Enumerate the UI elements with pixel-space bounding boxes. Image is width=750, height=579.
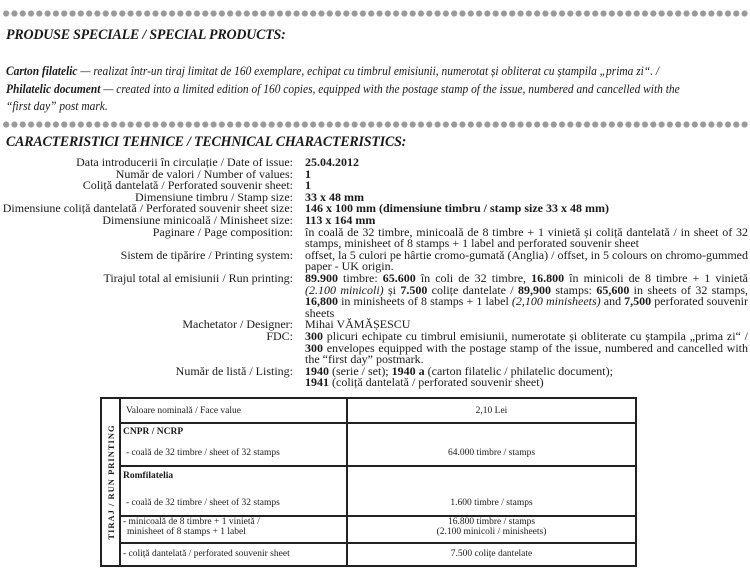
document-title: Philatelic document (6, 81, 100, 96)
technical-specs: Data introducerii în circulație / Date o… (0, 157, 750, 389)
face-value: 2,10 Lei (348, 406, 635, 416)
technical-heading: CARACTERISTICI TEHNICE / TECHNICAL CHARA… (6, 134, 406, 151)
minisheet-label: - minicoală de 8 timbre + 1 vinietă / mi… (123, 517, 338, 537)
spec-row-run-printing: Tirajul total al emisiunii / Run printin… (0, 273, 750, 319)
spec-row-fdc: FDC: 300 plicuri echipate cu timbrul emi… (0, 331, 750, 366)
minisheet-value: 16.800 timbre / stamps (2.100 minicoli /… (348, 517, 635, 537)
dotted-divider (2, 121, 748, 128)
cnpr-sheet-value: 64.000 timbre / stamps (348, 448, 635, 458)
side-label: TIRAJ / RUN PRINTING (106, 424, 116, 539)
rom-sheet-value: 1.600 timbre / stamps (348, 498, 635, 508)
souvenir-value: 7.500 colițe dantelate (348, 549, 635, 559)
dotted-divider (2, 10, 748, 17)
carton-title: Carton filatelic (6, 63, 78, 78)
special-products-heading: PRODUSE SPECIALE / SPECIAL PRODUCTS: (6, 27, 286, 44)
spec-row: Sistem de tipărire / Printing system:off… (0, 250, 750, 273)
spec-row-listing: Număr de listă / Listing: 1940 (serie / … (0, 366, 750, 389)
cnpr-sheet-label: - coală de 32 timbre / sheet of 32 stamp… (126, 448, 341, 458)
cnpr-title: CNPR / NCRP (123, 427, 338, 437)
souvenir-label: - coliță dantelată / perforated souvenir… (123, 549, 338, 559)
rom-sheet-label: - coală de 32 timbre / sheet of 32 stamp… (126, 498, 341, 508)
spec-row: Coliță dantelată / Perforated souvenir s… (0, 180, 750, 192)
special-products-description: Carton filatelic — realizat într-un tira… (6, 62, 701, 115)
run-printing-table: TIRAJ / RUN PRINTING Valoare nominală / … (100, 397, 637, 567)
face-value-label: Valoare nominală / Face value (126, 406, 341, 416)
spec-row: Data introducerii în circulație / Date o… (0, 157, 750, 169)
romfilatelia-title: Romfilatelia (123, 471, 338, 481)
spec-row: Paginare / Page composition:în coală de … (0, 227, 750, 250)
